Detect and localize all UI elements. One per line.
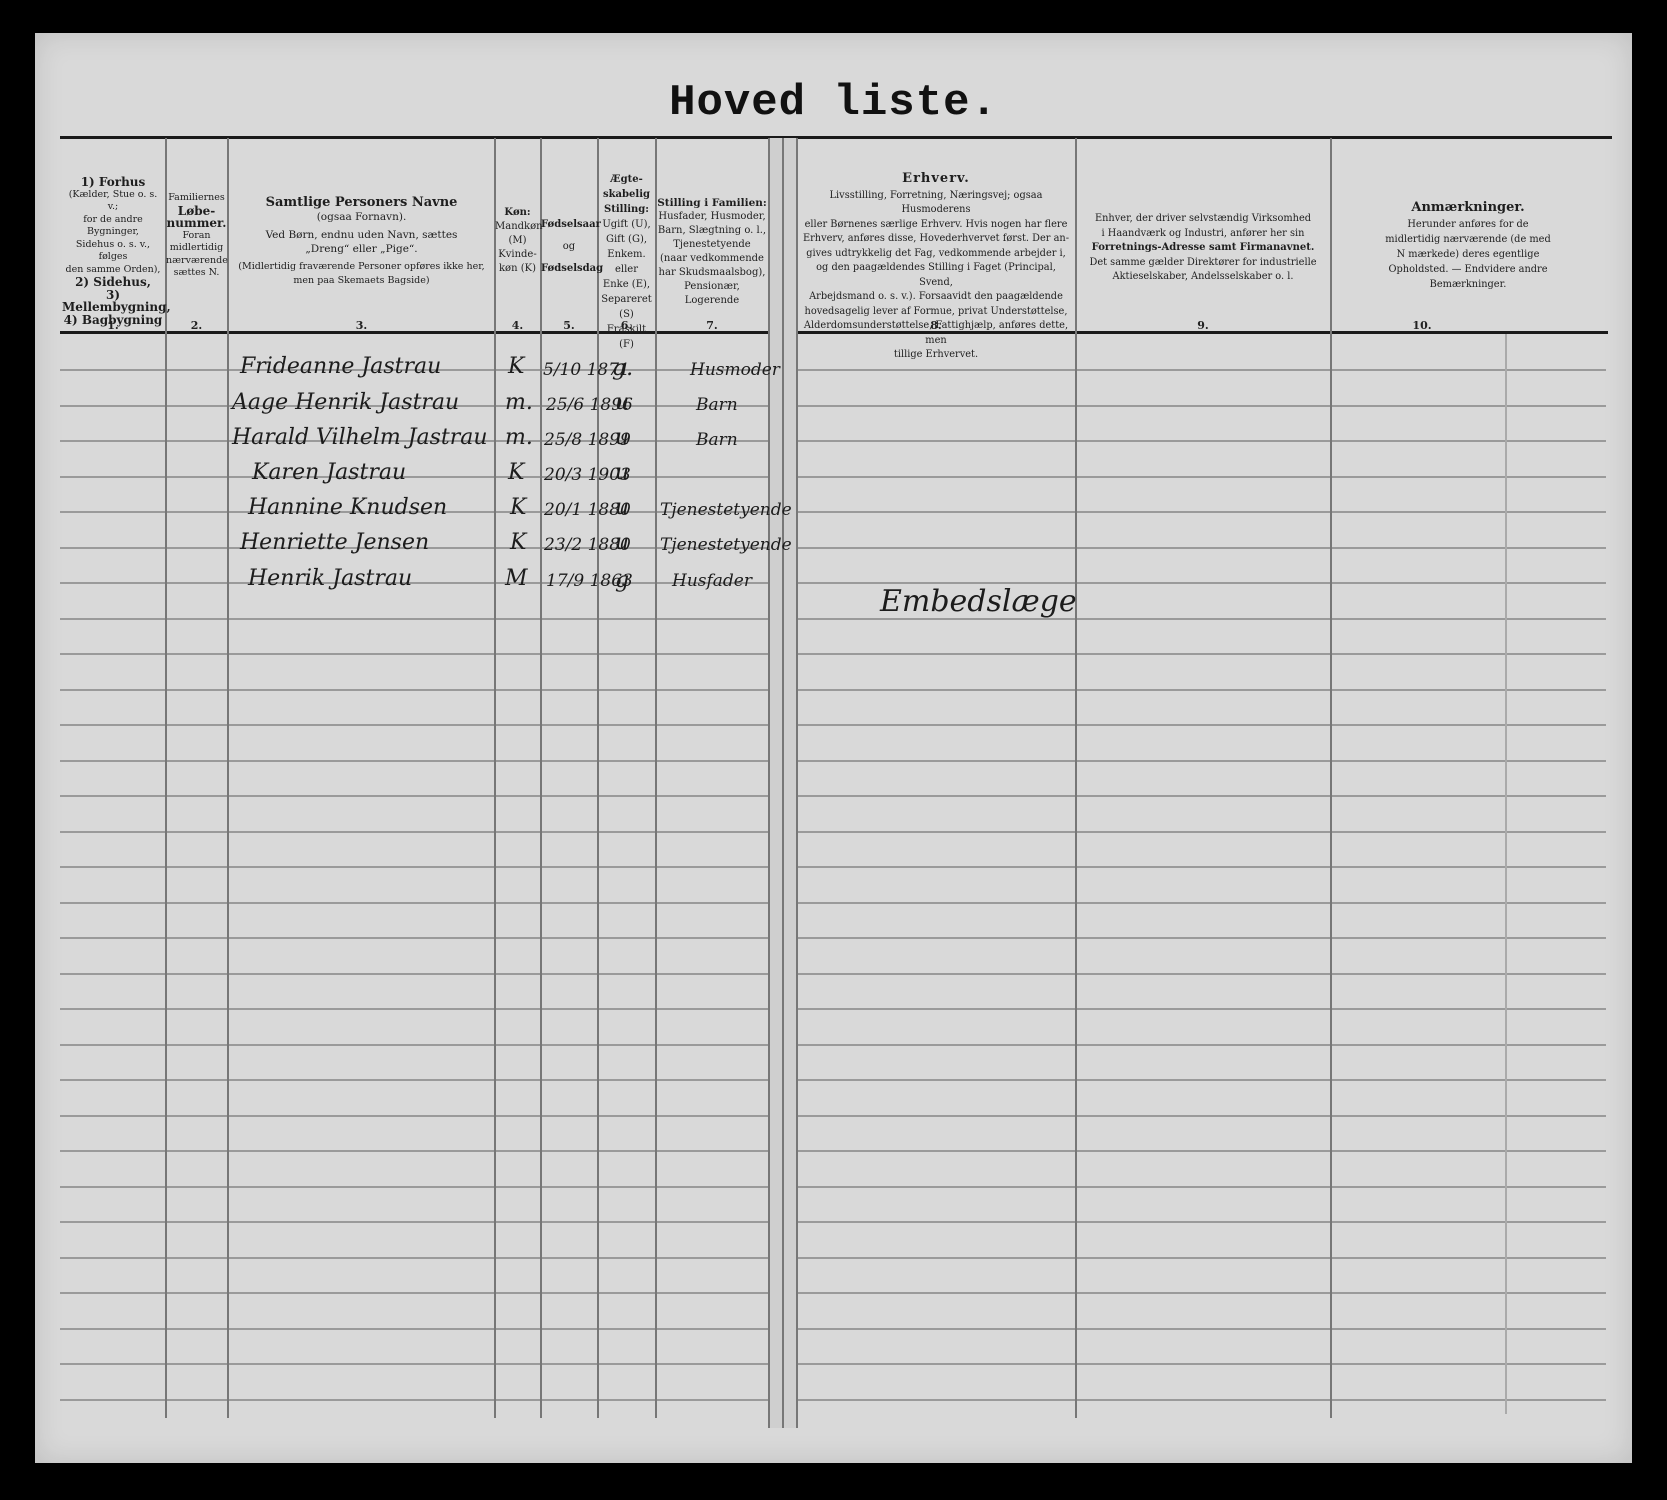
column-number-6: 6.	[598, 319, 655, 332]
header-col-3: Samtlige Personers Navne (ogsaa Fornavn)…	[229, 196, 494, 288]
person-occupation: Embedslæge	[880, 584, 1077, 619]
person-marital: u	[615, 495, 629, 520]
page-title: Hoved liste.	[0, 78, 1667, 128]
row-rule	[798, 1008, 1606, 1010]
row-rule	[60, 1257, 770, 1259]
row-rule	[60, 1363, 770, 1365]
column-number-5: 5.	[541, 319, 597, 332]
column-divider	[796, 138, 798, 1428]
person-family-position: Tjenestetyende	[660, 500, 792, 520]
row-rule	[60, 1186, 770, 1188]
row-rule	[798, 973, 1606, 975]
header-col-2: Familiernes Løbe- nummer. Foran midlerti…	[166, 192, 227, 280]
header-col-7: Stilling i Familien: Husfader, Husmoder,…	[656, 196, 768, 308]
person-name: Henrik Jastrau	[248, 566, 412, 591]
person-sex: m.	[505, 425, 533, 450]
header-col-10: Anmærkninger. Herunder anføres for de mi…	[1332, 200, 1604, 292]
row-rule	[60, 1044, 770, 1046]
row-rule	[798, 831, 1606, 833]
row-rule	[60, 1150, 770, 1152]
column-number-9: 9.	[1077, 319, 1329, 332]
person-family-position: Husfader	[672, 571, 752, 591]
row-rule	[60, 902, 770, 904]
row-rule	[60, 1399, 770, 1401]
column-number-7: 7.	[656, 319, 768, 332]
row-rule	[798, 1363, 1606, 1365]
row-rule	[798, 405, 1606, 407]
row-rule	[60, 1328, 770, 1330]
row-rule	[798, 511, 1606, 513]
row-rule	[798, 653, 1606, 655]
row-rule	[798, 795, 1606, 797]
person-marital: u	[615, 460, 629, 485]
column-number-1: 1.	[62, 319, 164, 332]
row-rule	[60, 831, 770, 833]
row-rule	[798, 440, 1606, 442]
row-rule	[60, 1221, 770, 1223]
row-rule	[798, 1150, 1606, 1152]
row-rule	[60, 1292, 770, 1294]
row-rule	[798, 1221, 1606, 1223]
person-name: Henriette Jensen	[240, 530, 429, 555]
column-number-8: 8.	[800, 319, 1072, 332]
person-family-position: Barn	[696, 395, 738, 415]
row-rule	[60, 689, 770, 691]
column-number-10: 10.	[1332, 319, 1512, 332]
row-rule	[60, 1008, 770, 1010]
row-rule	[60, 760, 770, 762]
person-name: Aage Henrik Jastrau	[232, 390, 459, 415]
row-rule	[798, 1186, 1606, 1188]
column-divider	[1505, 334, 1507, 1414]
row-rule	[60, 866, 770, 868]
row-rule	[798, 1292, 1606, 1294]
column-number-2: 2.	[166, 319, 227, 332]
row-rule	[798, 1079, 1606, 1081]
row-rule	[798, 1257, 1606, 1259]
person-marital: u	[615, 390, 629, 415]
row-rule	[60, 1079, 770, 1081]
title-rule	[60, 136, 1612, 139]
row-rule	[798, 1328, 1606, 1330]
row-rule	[798, 1044, 1606, 1046]
person-name: Harald Vilhelm Jastrau	[232, 425, 488, 450]
row-rule	[798, 369, 1606, 371]
header-col-4: Køn: Mandkøn (M) Kvinde- køn (K)	[495, 206, 540, 276]
row-rule	[798, 760, 1606, 762]
person-family-position: Husmoder	[690, 360, 780, 380]
row-rule	[60, 653, 770, 655]
row-rule	[60, 476, 770, 478]
row-rule	[60, 973, 770, 975]
row-rule	[60, 1115, 770, 1117]
person-sex: K	[508, 460, 524, 485]
person-name: Frideanne Jastrau	[240, 354, 441, 379]
row-rule	[798, 902, 1606, 904]
person-name: Hannine Knudsen	[248, 495, 447, 520]
person-sex: K	[508, 354, 524, 379]
row-rule	[798, 724, 1606, 726]
person-sex: K	[510, 530, 526, 555]
column-number-4: 4.	[495, 319, 540, 332]
row-rule	[60, 724, 770, 726]
header-col-1: 1) Forhus (Kælder, Stue o. s. v.; for de…	[62, 176, 164, 326]
person-family-position: Barn	[696, 430, 738, 450]
column-divider	[782, 138, 784, 1428]
person-marital: g.	[612, 356, 633, 381]
person-sex: M	[505, 566, 528, 591]
header-col-9: Enhver, der driver selvstændig Virksomhe…	[1077, 212, 1329, 285]
person-sex: K	[510, 495, 526, 520]
row-rule	[60, 795, 770, 797]
row-rule	[798, 689, 1606, 691]
person-name: Karen Jastrau	[252, 460, 406, 485]
person-marital: u	[615, 425, 629, 450]
row-rule	[798, 1115, 1606, 1117]
column-divider	[768, 138, 770, 1428]
person-sex: m.	[505, 390, 533, 415]
column-number-3: 3.	[229, 319, 494, 332]
person-marital: g	[615, 568, 629, 593]
row-rule	[60, 937, 770, 939]
person-marital: u	[615, 530, 629, 555]
header-col-8: Erhverv. Livsstilling, Forretning, Nærin…	[800, 172, 1072, 363]
row-rule	[798, 547, 1606, 549]
header-col-5: Fødselsaar og Fødselsdag	[541, 214, 597, 280]
person-family-position: Tjenestetyende	[660, 535, 792, 555]
row-rule	[60, 582, 770, 584]
row-rule	[798, 476, 1606, 478]
row-rule	[60, 618, 770, 620]
row-rule	[798, 1399, 1606, 1401]
row-rule	[798, 937, 1606, 939]
row-rule	[798, 866, 1606, 868]
